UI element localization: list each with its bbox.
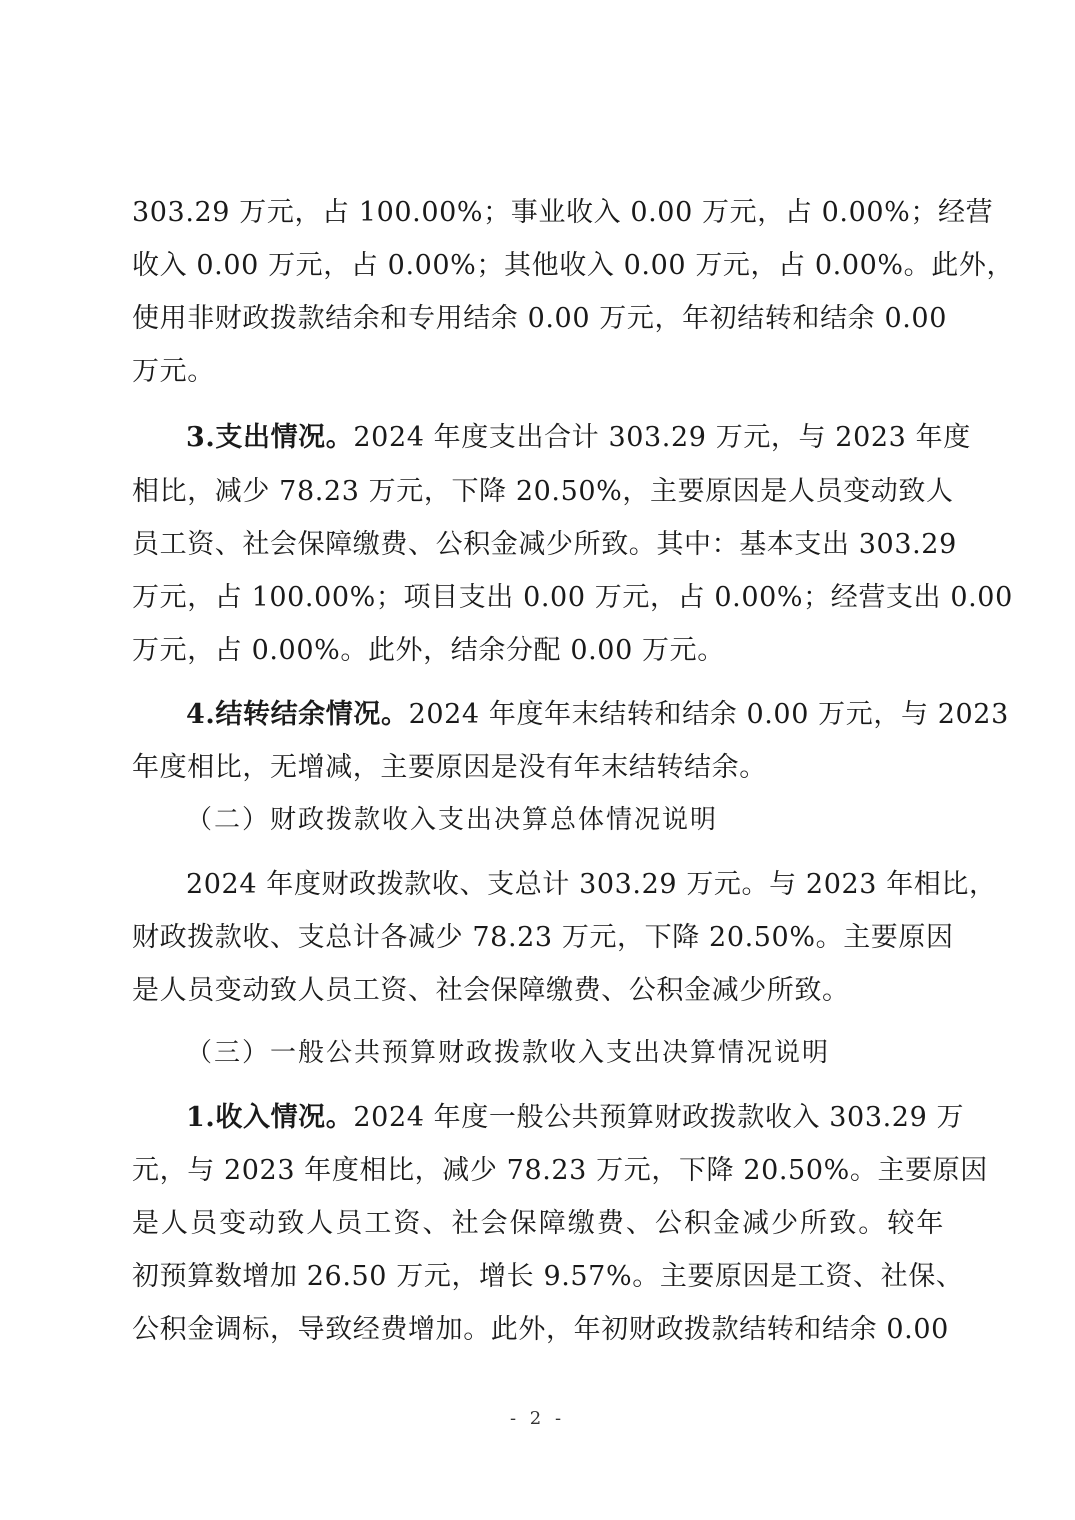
body-line: 万元，占 0.00%。此外，结余分配 0.00 万元。 — [132, 631, 944, 671]
body-line: 元，与 2023 年度相比，减少 78.23 万元，下降 20.50%。主要原因 — [132, 1151, 944, 1191]
body-line: 万元。 — [132, 352, 944, 392]
body-line: 初预算数增加 26.50 万元，增长 9.57%。主要原因是工资、社保、 — [132, 1257, 944, 1297]
expense-first-line: 3.支出情况。2024 年度支出合计 303.29 万元，与 2023 年度 — [186, 418, 944, 458]
section-heading: （三）一般公共预算财政拨款收入支出决算情况说明 — [186, 1033, 946, 1073]
body-line: 2024 年度财政拨款收、支总计 303.29 万元。与 2023 年相比， — [186, 865, 944, 905]
body-line: 员工资、社会保障缴费、公积金减少所致。其中：基本支出 303.29 — [132, 525, 944, 565]
income-label: 1.收入情况。 — [186, 1102, 353, 1133]
body-line: 使用非财政拨款结余和专用结余 0.00 万元，年初结转和结余 0.00 — [132, 299, 944, 339]
body-line: 公积金调标，导致经费增加。此外，年初财政拨款结转和结余 0.00 — [132, 1310, 944, 1350]
body-line: 收入 0.00 万元，占 0.00%；其他收入 0.00 万元，占 0.00%。… — [132, 246, 944, 286]
body-line: 是人员变动致人员工资、社会保障缴费、公积金减少所致。 — [132, 971, 944, 1011]
income-first-line: 1.收入情况。2024 年度一般公共预算财政拨款收入 303.29 万 — [186, 1098, 944, 1138]
section-heading: （二）财政拨款收入支出决算总体情况说明 — [186, 800, 946, 840]
body-line: 财政拨款收、支总计各减少 78.23 万元，下降 20.50%。主要原因 — [132, 918, 944, 958]
document-page: 303.29 万元，占 100.00%；事业收入 0.00 万元，占 0.00%… — [0, 0, 1075, 1520]
carryover-label: 4.结转结余情况。 — [186, 699, 409, 730]
body-line: 年度相比，无增减，主要原因是没有年末结转结余。 — [132, 748, 944, 788]
body-line: 相比，减少 78.23 万元，下降 20.50%，主要原因是人员变动致人 — [132, 472, 944, 512]
body-line: 是人员变动致人员工资、社会保障缴费、公积金减少所致。较年 — [132, 1204, 944, 1244]
expense-label: 3.支出情况。 — [186, 422, 353, 453]
carryover-first-line: 4.结转结余情况。2024 年度年末结转和结余 0.00 万元，与 2023 — [186, 695, 944, 735]
body-line: 303.29 万元，占 100.00%；事业收入 0.00 万元，占 0.00%… — [132, 193, 944, 233]
body-line: 万元，占 100.00%；项目支出 0.00 万元，占 0.00%；经营支出 0… — [132, 578, 944, 618]
page-number: - 2 - — [0, 1408, 1075, 1429]
